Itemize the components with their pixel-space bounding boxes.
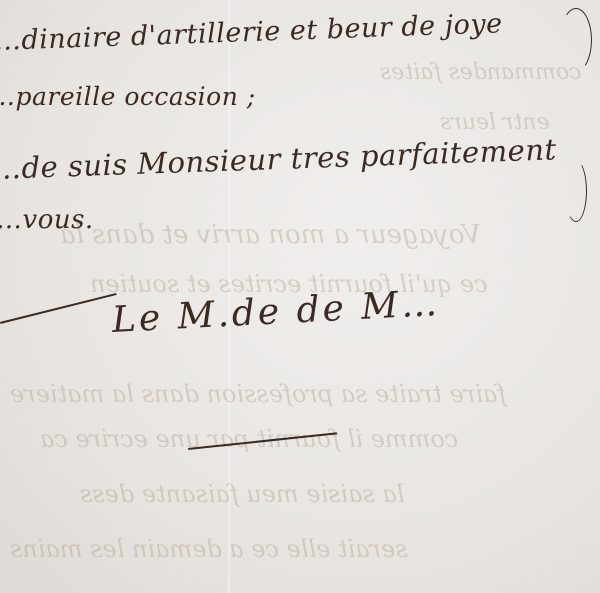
bleed-through-text: comme il fournit par une ecrire ca <box>40 425 458 453</box>
bleed-through-text: Voyageur a mon arriv et dans la <box>60 220 481 250</box>
ink-flourish <box>565 160 587 222</box>
letter-line-3: …de suis Monsieur tres parfaitement <box>0 132 557 186</box>
letter-page: commandes faites entr leurs Voyageur a m… <box>0 0 600 593</box>
bleed-through-text: entr leurs <box>440 110 550 135</box>
bleed-through-text: serait elle ce a demain les mains <box>10 535 408 563</box>
bleed-through-text: faire traite sa profession dans la matie… <box>10 380 506 408</box>
bleed-through-text: la saisie meu faisante dess <box>80 480 404 508</box>
signature-flourish <box>0 293 117 323</box>
bleed-through-text: commandes faites <box>380 60 581 85</box>
ink-flourish <box>560 8 592 72</box>
letter-line-1: …dinaire d'artillerie et beur de joye <box>0 8 503 57</box>
letter-line-2: …pareille occasion ; <box>0 82 256 111</box>
letter-line-4: …vous. <box>0 205 94 235</box>
